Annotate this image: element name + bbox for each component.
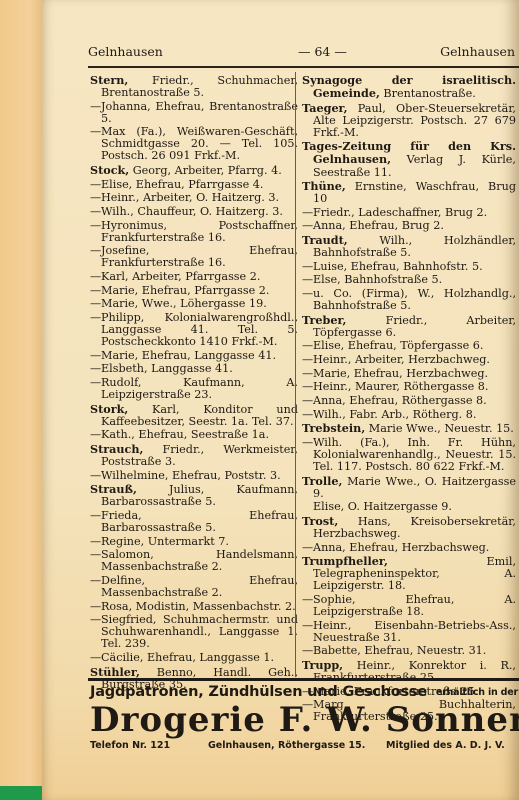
ditto-dash: — xyxy=(302,437,313,449)
ditto-dash: — xyxy=(90,126,101,138)
entry-details: Friedr., Schuhmacher, Brentanostraße 5. xyxy=(101,74,298,99)
ditto-dash: — xyxy=(302,340,313,352)
directory-sub-entry: —Wilh., Chauffeur, O. Haitzerg. 3. xyxy=(90,206,298,218)
directory-entry: Strauß, Julius, Kaufmann, Barbarossastra… xyxy=(90,483,298,508)
directory-sub-entry: —Elise, Ehefrau, Pfarrgasse 4. xyxy=(90,179,298,191)
directory-sub-entry: —Frieda, Ehefrau, Barbarossastraße 5. xyxy=(90,510,298,534)
directory-sub-entry: —Kath., Ehefrau, Seestraße 1a. xyxy=(90,429,298,441)
directory-sub-entry: —Anna, Ehefrau, Röthergasse 8. xyxy=(302,395,516,407)
directory-entry: Thüne, Ernstine, Waschfrau, Brug 10 xyxy=(302,180,516,205)
entry-details: Delfine, Ehefrau, Massenbachstraße 2. xyxy=(101,574,298,599)
page-number: — 64 — xyxy=(298,44,347,59)
directory-sub-entry: —Philipp, Kolonialwarengroßhdl., Langgas… xyxy=(90,312,298,348)
directory-entry: Trost, Hans, Kreisobersekretär, Herzbach… xyxy=(302,515,516,540)
entry-details: Wilh., Fabr. Arb., Rötherg. 8. xyxy=(313,408,476,421)
directory-sub-entry: —Max (Fa.), Weißwaren-Geschäft, Schmidtg… xyxy=(90,126,298,162)
entry-details: Sophie, Ehefrau, A. Leipzigerstraße 18. xyxy=(313,593,516,618)
ditto-dash: — xyxy=(90,206,101,218)
advertisement-rule xyxy=(88,678,519,681)
directory-sub-entry: —Hyronimus, Postschaffner, Frankfurterst… xyxy=(90,220,298,244)
ditto-dash: — xyxy=(90,312,101,324)
entry-details: Elsbeth, Langgasse 41. xyxy=(101,362,233,375)
entry-surname: Trupp, xyxy=(302,658,343,672)
ditto-dash: — xyxy=(302,395,313,407)
adjacent-page-edge xyxy=(0,0,42,800)
directory-entry: Stern, Friedr., Schuhmacher, Brentanostr… xyxy=(90,74,298,99)
ditto-dash: — xyxy=(302,645,313,657)
directory-sub-entry: —Rudolf, Kaufmann, A. Leipzigerstraße 23… xyxy=(90,377,298,401)
directory-sub-entry: —Marie, Ehefrau, Pfarrgasse 2. xyxy=(90,285,298,297)
directory-sub-entry: —Marie, Wwe., Löhergasse 19. xyxy=(90,298,298,310)
directory-sub-entry: —Salomon, Handelsmann, Massenbachstraße … xyxy=(90,549,298,573)
ditto-dash: — xyxy=(302,594,313,606)
directory-sub-entry: —Siegfried, Schuhmachermstr. und Schuhwa… xyxy=(90,614,298,650)
entry-details: Regine, Untermarkt 7. xyxy=(101,535,229,548)
entry-surname: Trolle, xyxy=(302,474,342,488)
entry-details: Rosa, Modistin, Massenbachstr. 2. xyxy=(101,600,296,613)
directory-sub-entry: —Luise, Ehefrau, Bahnhofstr. 5. xyxy=(302,261,516,273)
entry-details: Johanna, Ehefrau, Brentanostraße 5. xyxy=(101,100,298,125)
directory-sub-entry: —Heinr., Arbeiter, Herzbachweg. xyxy=(302,354,516,366)
directory-entry: Strauch, Friedr., Werkmeister, Poststraß… xyxy=(90,443,298,468)
ditto-dash: — xyxy=(302,220,313,232)
ditto-dash: — xyxy=(90,245,101,257)
ad-membership: Mitglied des A. D. J. V. xyxy=(386,740,505,751)
ad-products: Jagdpatronen, Zündhülsen und Geschosse xyxy=(90,684,427,700)
directory-sub-entry: —Karl, Arbeiter, Pfarrgasse 2. xyxy=(90,271,298,283)
entry-details: Frieda, Ehefrau, Barbarossastraße 5. xyxy=(101,509,298,534)
ditto-dash: — xyxy=(90,652,101,664)
right-column: Synagoge der israelitisch. Gemeinde, Bre… xyxy=(302,74,516,725)
directory-sub-entry: —Rosa, Modistin, Massenbachstr. 2. xyxy=(90,601,298,613)
entry-surname: Taeger, xyxy=(302,101,348,115)
ditto-dash: — xyxy=(302,207,313,219)
entry-details: Marie Wwe., O. Haitzergasse 9. xyxy=(313,475,516,500)
entry-details: Salomon, Handelsmann, Massenbachstraße 2… xyxy=(101,548,298,573)
directory-sub-entry: —Marie, Ehefrau, Herzbachweg. xyxy=(302,368,516,380)
entry-details: Marie, Ehefrau, Langgasse 41. xyxy=(101,349,276,362)
directory-sub-entry: —Anna, Ehefrau, Brug 2. xyxy=(302,220,516,232)
entry-details: Anna, Ehefrau, Brug 2. xyxy=(313,219,444,232)
entry-details: Hans, Kreisobersekretär, Herzbachsweg. xyxy=(313,515,516,540)
ditto-dash: — xyxy=(90,470,101,482)
green-cover-strip xyxy=(0,786,42,800)
ditto-dash: — xyxy=(302,354,313,366)
entry-details: Marie Wwe., Neuestr. 15. xyxy=(365,422,514,435)
entry-surname: Traudt, xyxy=(302,233,348,247)
ditto-dash: — xyxy=(90,536,101,548)
directory-sub-entry: —Babette, Ehefrau, Neuestr. 31. xyxy=(302,645,516,657)
entry-details: Karl, Konditor und Kaffeebesitzer, Seest… xyxy=(101,403,298,428)
directory-page: Gelnhausen — 64 — Gelnhausen Stern, Frie… xyxy=(42,0,519,800)
left-column: Stern, Friedr., Schuhmacher, Brentanostr… xyxy=(90,74,298,692)
ditto-dash: — xyxy=(302,368,313,380)
ditto-dash: — xyxy=(90,510,101,522)
ad-available-at: erhältlich in der xyxy=(436,687,518,698)
entry-details: Heinr., Arbeiter, O. Haitzerg. 3. xyxy=(101,191,279,204)
ditto-dash: — xyxy=(90,601,101,613)
entry-details: Heinr., Eisenbahn-Betriebs-Ass., Neuestr… xyxy=(313,619,516,644)
directory-sub-entry: —Friedr., Ladeschaffner, Brug 2. xyxy=(302,207,516,219)
ditto-dash: — xyxy=(90,179,101,191)
ditto-dash: — xyxy=(90,101,101,113)
directory-sub-entry: —Cäcilie, Ehefrau, Langgasse 1. xyxy=(90,652,298,664)
directory-sub-entry: —Sophie, Ehefrau, A. Leipzigerstraße 18. xyxy=(302,594,516,618)
entry-details: Elise, O. Haitzergasse 9. xyxy=(313,500,452,513)
ad-telephone: Telefon Nr. 121 xyxy=(90,740,170,751)
ad-business-name: Drogerie F. W. Sonnenmayer xyxy=(90,700,519,740)
directory-sub-entry: —Heinr., Arbeiter, O. Haitzerg. 3. xyxy=(90,192,298,204)
entry-surname: Stern, xyxy=(90,73,128,87)
ad-address: Gelnhausen, Röthergasse 15. xyxy=(208,740,365,751)
ditto-dash: — xyxy=(90,350,101,362)
ditto-dash: — xyxy=(302,542,313,554)
ditto-dash: — xyxy=(302,261,313,273)
entry-details: Marie, Ehefrau, Pfarrgasse 2. xyxy=(101,284,269,297)
ditto-dash: — xyxy=(90,220,101,232)
entry-details: Kath., Ehefrau, Seestraße 1a. xyxy=(101,428,269,441)
ditto-dash: — xyxy=(302,620,313,632)
directory-entry: Tages-Zeitung für den Krs. Gelnhausen, V… xyxy=(302,140,516,178)
entry-surname: Strauß, xyxy=(90,482,137,496)
entry-details: Luise, Ehefrau, Bahnhofstr. 5. xyxy=(313,260,483,273)
entry-details: Rudolf, Kaufmann, A. Leipzigerstraße 23. xyxy=(101,376,298,401)
entry-details: u. Co. (Firma), W., Holzhandlg., Bahnhof… xyxy=(313,287,516,312)
directory-entry: Treber, Friedr., Arbeiter, Töpfergasse 6… xyxy=(302,314,516,339)
entry-surname: Treber, xyxy=(302,313,346,327)
entry-details: Else, Bahnhofstraße 5. xyxy=(313,273,442,286)
ditto-dash: — xyxy=(90,549,101,561)
entry-details: Hyronimus, Postschaffner, Frankfurterstr… xyxy=(101,219,298,244)
directory-sub-entry: —Heinr., Maurer, Röthergasse 8. xyxy=(302,381,516,393)
directory-sub-entry: —Wilh. (Fa.), Inh. Fr. Hühn, Kolonialwar… xyxy=(302,437,516,473)
entry-surname: Thüne, xyxy=(302,179,346,193)
directory-entry: Trolle, Marie Wwe., O. Haitzergasse 9. xyxy=(302,475,516,500)
ditto-dash: — xyxy=(90,363,101,375)
entry-details: Georg, Arbeiter, Pfarrg. 4. xyxy=(129,164,282,177)
ditto-dash: — xyxy=(302,381,313,393)
entry-details: Friedr., Ladeschaffner, Brug 2. xyxy=(313,206,487,219)
directory-sub-entry: —Anna, Ehefrau, Herzbachsweg. xyxy=(302,542,516,554)
entry-details: Brentanostraße. xyxy=(380,87,476,100)
directory-sub-entry: —Else, Bahnhofstraße 5. xyxy=(302,274,516,286)
ditto-dash: — xyxy=(90,377,101,389)
ditto-dash: — xyxy=(302,274,313,286)
entry-details: Marie, Wwe., Löhergasse 19. xyxy=(101,297,267,310)
entry-details: Cäcilie, Ehefrau, Langgasse 1. xyxy=(101,651,274,664)
header-town-right: Gelnhausen xyxy=(440,44,515,59)
entry-details: Siegfried, Schuhmachermstr. und Schuhwar… xyxy=(101,613,298,650)
directory-sub-entry: —Wilhelmine, Ehefrau, Poststr. 3. xyxy=(90,470,298,482)
directory-sub-entry: —Josefine, Ehefrau, Frankfurterstraße 16… xyxy=(90,245,298,269)
entry-details: Anna, Ehefrau, Röthergasse 8. xyxy=(313,394,487,407)
entry-details: Wilh., Chauffeur, O. Haitzerg. 3. xyxy=(101,205,283,218)
entry-surname: Stühler, xyxy=(90,665,140,679)
directory-sub-entry: Elise, O. Haitzergasse 9. xyxy=(302,501,516,513)
entry-details: Josefine, Ehefrau, Frankfurterstraße 16. xyxy=(101,244,298,269)
entry-surname: Stock, xyxy=(90,163,129,177)
entry-surname: Trost, xyxy=(302,514,338,528)
header-rule xyxy=(88,66,519,68)
ditto-dash: — xyxy=(302,409,313,421)
entry-details: Elise, Ehefrau, Töpfergasse 6. xyxy=(313,339,483,352)
directory-sub-entry: —Regine, Untermarkt 7. xyxy=(90,536,298,548)
directory-sub-entry: —Johanna, Ehefrau, Brentanostraße 5. xyxy=(90,101,298,125)
entry-details: Elise, Ehefrau, Pfarrgasse 4. xyxy=(101,178,263,191)
entry-details: Wilh. (Fa.), Inh. Fr. Hühn, Kolonialware… xyxy=(313,436,516,473)
entry-details: Babette, Ehefrau, Neuestr. 31. xyxy=(313,644,486,657)
entry-details: Marie, Ehefrau, Herzbachweg. xyxy=(313,367,488,380)
ditto-dash: — xyxy=(90,271,101,283)
directory-sub-entry: —Elise, Ehefrau, Töpfergasse 6. xyxy=(302,340,516,352)
directory-entry: Trumpfheller, Emil, Telegrapheninspektor… xyxy=(302,555,516,592)
directory-entry: Taeger, Paul, Ober-Steuersekretär, Alte … xyxy=(302,102,516,139)
directory-entry: Synagoge der israelitisch. Gemeinde, Bre… xyxy=(302,74,516,100)
entry-surname: Strauch, xyxy=(90,442,143,456)
entry-details: Wilhelmine, Ehefrau, Poststr. 3. xyxy=(101,469,281,482)
entry-surname: Stork, xyxy=(90,402,128,416)
directory-sub-entry: —Elsbeth, Langgasse 41. xyxy=(90,363,298,375)
entry-surname: Trumpfheller, xyxy=(302,554,388,568)
ditto-dash: — xyxy=(90,429,101,441)
directory-sub-entry: —Heinr., Eisenbahn-Betriebs-Ass., Neuest… xyxy=(302,620,516,644)
directory-entry: Trebstein, Marie Wwe., Neuestr. 15. xyxy=(302,422,516,435)
header-town-left: Gelnhausen xyxy=(88,44,163,59)
page-header: Gelnhausen — 64 — Gelnhausen xyxy=(88,44,519,62)
entry-details: Karl, Arbeiter, Pfarrgasse 2. xyxy=(101,270,260,283)
directory-sub-entry: —u. Co. (Firma), W., Holzhandlg., Bahnho… xyxy=(302,288,516,312)
entry-details: Heinr., Maurer, Röthergasse 8. xyxy=(313,380,488,393)
directory-entry: Stork, Karl, Konditor und Kaffeebesitzer… xyxy=(90,403,298,428)
directory-sub-entry: —Marie, Ehefrau, Langgasse 41. xyxy=(90,350,298,362)
directory-entry: Stock, Georg, Arbeiter, Pfarrg. 4. xyxy=(90,164,298,177)
column-divider xyxy=(295,72,296,676)
ditto-dash: — xyxy=(90,575,101,587)
entry-details: Max (Fa.), Weißwaren-Geschäft, Schmidtga… xyxy=(101,125,298,162)
advertisement-headline: Jagdpatronen, Zündhülsen und Geschosse e… xyxy=(90,684,518,700)
entry-details: Anna, Ehefrau, Herzbachsweg. xyxy=(313,541,489,554)
ditto-dash: — xyxy=(90,614,101,626)
directory-sub-entry: —Delfine, Ehefrau, Massenbachstraße 2. xyxy=(90,575,298,599)
ditto-dash: — xyxy=(302,288,313,300)
entry-details: Philipp, Kolonialwarengroßhdl., Langgass… xyxy=(101,311,298,348)
ditto-dash: — xyxy=(90,192,101,204)
directory-sub-entry: —Wilh., Fabr. Arb., Rötherg. 8. xyxy=(302,409,516,421)
ditto-dash: — xyxy=(90,298,101,310)
entry-surname: Trebstein, xyxy=(302,421,365,435)
entry-details: Heinr., Arbeiter, Herzbachweg. xyxy=(313,353,490,366)
ditto-dash: — xyxy=(90,285,101,297)
directory-entry: Traudt, Wilh., Holzhändler, Bahnhofstraß… xyxy=(302,234,516,259)
